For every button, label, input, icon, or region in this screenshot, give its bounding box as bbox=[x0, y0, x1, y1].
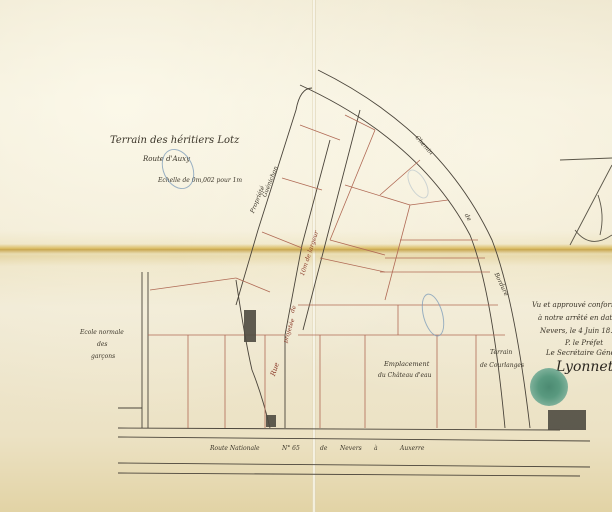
label-route-to: Auxerre bbox=[400, 446, 424, 452]
label-route-de: de bbox=[320, 446, 327, 452]
label-chateau-eau: du Château d'eau bbox=[378, 373, 431, 379]
label-terrain-right: Terrain bbox=[490, 350, 512, 356]
annotation-line-5: Le Secrétaire Général bbox=[546, 350, 612, 357]
signature: Lyonnet bbox=[556, 360, 612, 374]
label-terrain-heritiers: Terrain des héritiers Lotz bbox=[110, 136, 239, 146]
label-courlanges: de Courlanges bbox=[480, 363, 524, 369]
tape-patch bbox=[244, 310, 256, 342]
label-route-nationale: Route Nationale bbox=[210, 446, 260, 452]
tape-patch-right bbox=[548, 410, 586, 430]
annotation-line-4: P. le Préfet bbox=[565, 340, 603, 347]
label-ecole: Ecole normale bbox=[80, 330, 124, 336]
label-emplacement: Emplacement bbox=[384, 361, 429, 368]
label-route-from: Nevers bbox=[340, 446, 362, 452]
annotation-line-3: Nevers, le 4 Juin 18.. bbox=[540, 328, 612, 335]
annotation-line-1: Vu et approuvé conformément bbox=[532, 302, 612, 309]
tape-patch-small bbox=[266, 415, 276, 427]
label-ecole-garcons: garçons bbox=[91, 354, 115, 360]
label-route-number: N° 65 bbox=[282, 446, 300, 452]
label-route-a: à bbox=[374, 446, 378, 452]
label-ecole-des: des bbox=[97, 342, 107, 348]
annotation-line-2: à notre arrêté en date de ce jour bbox=[538, 315, 612, 322]
green-seal-stamp bbox=[530, 368, 568, 406]
